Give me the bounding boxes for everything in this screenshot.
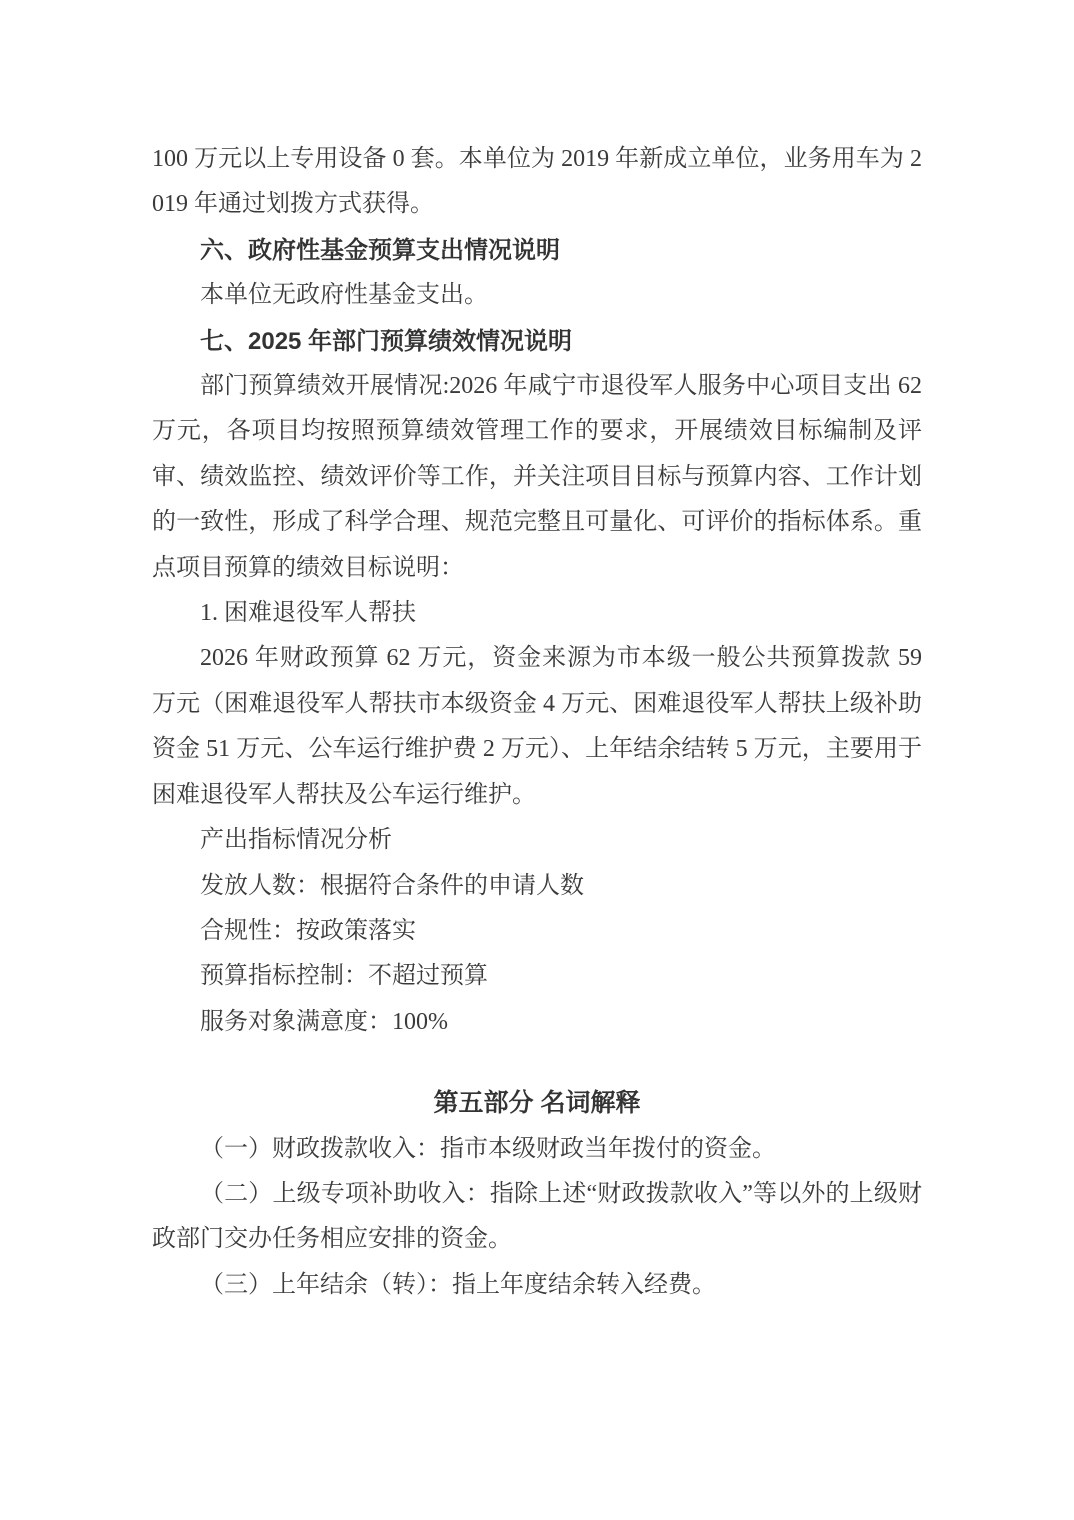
paragraph-performance-intro: 部门预算绩效开展情况:2026 年咸宁市退役军人服务中心项目支出 62 万元，各… bbox=[152, 364, 922, 591]
paragraph-asset-vehicle-note: 100 万元以上专用设备 0 套。本单位为 2019 年新成立单位，业务用车为 … bbox=[152, 137, 922, 228]
paragraph-project-title: 1. 困难退役军人帮扶 bbox=[152, 591, 922, 636]
paragraph-definition-superior-subsidy: （二）上级专项补助收入：指除上述“财政拨款收入”等以外的上级财政部门交办任务相应… bbox=[152, 1172, 922, 1263]
document-body: 100 万元以上专用设备 0 套。本单位为 2019 年新成立单位，业务用车为 … bbox=[152, 137, 922, 1308]
paragraph-indicator-satisfaction: 服务对象满意度：100% bbox=[152, 1000, 922, 1045]
paragraph-section-6-body: 本单位无政府性基金支出。 bbox=[152, 273, 922, 318]
heading-part-5-glossary: 第五部分 名词解释 bbox=[152, 1081, 922, 1126]
paragraph-project-budget-detail: 2026 年财政预算 62 万元，资金来源为市本级一般公共预算拨款 59 万元（… bbox=[152, 636, 922, 818]
document-page: 100 万元以上专用设备 0 套。本单位为 2019 年新成立单位，业务用车为 … bbox=[0, 0, 1074, 1520]
paragraph-indicator-compliance: 合规性：按政策落实 bbox=[152, 909, 922, 954]
paragraph-definition-carryover: （三）上年结余（转）：指上年度结余转入经费。 bbox=[152, 1263, 922, 1308]
paragraph-output-analysis-title: 产出指标情况分析 bbox=[152, 818, 922, 863]
heading-section-7: 七、2025 年部门预算绩效情况说明 bbox=[152, 319, 922, 364]
heading-section-6: 六、政府性基金预算支出情况说明 bbox=[152, 228, 922, 273]
paragraph-definition-fiscal-appropriation: （一）财政拨款收入：指市本级财政当年拨付的资金。 bbox=[152, 1127, 922, 1172]
paragraph-indicator-recipients: 发放人数：根据符合条件的申请人数 bbox=[152, 864, 922, 909]
paragraph-indicator-budget-control: 预算指标控制：不超过预算 bbox=[152, 954, 922, 999]
